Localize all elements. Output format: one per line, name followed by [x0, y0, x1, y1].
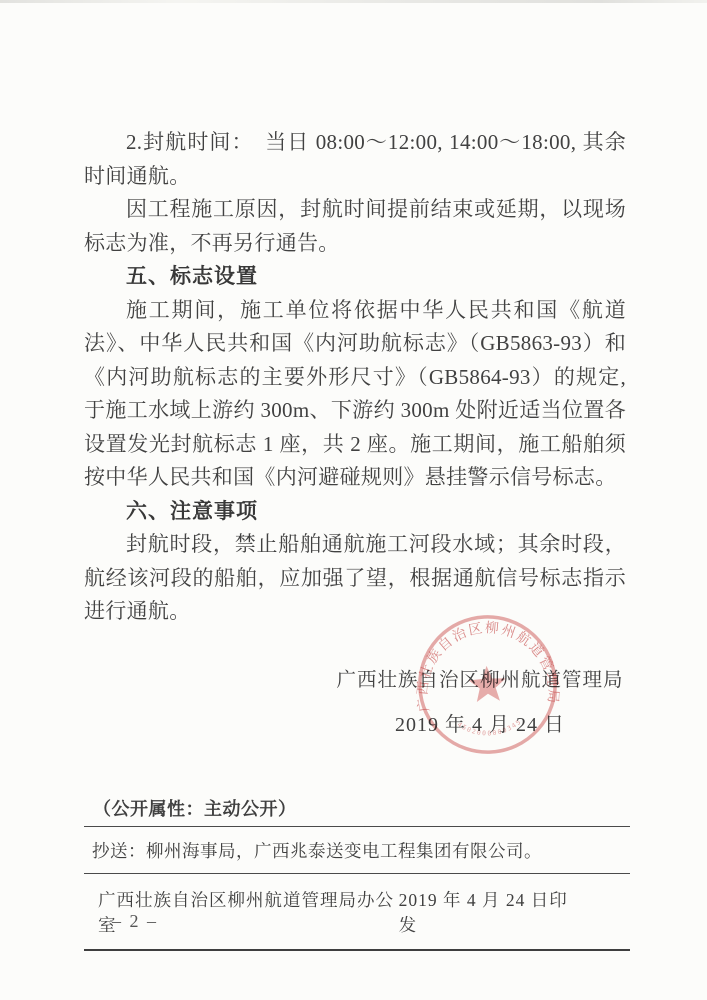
- cc-distribution-line: 抄送：柳州海事局，广西兆泰送变电工程集团有限公司。: [84, 838, 630, 863]
- document-body: 2.封航时间： 当日 08:00～12:00, 14:00～18:00, 其余时…: [84, 126, 626, 629]
- signature-date: 2019 年 4 月 24 日: [335, 708, 625, 737]
- heading-section-5-marks: 五、标志设置: [84, 260, 626, 294]
- paragraph-marks-setup: 施工期间，施工单位将依据中华人民共和国《航道法》、中华人民共和国《内河助航标志》…: [84, 294, 626, 495]
- paragraph-closure-time: 2.封航时间： 当日 08:00～12:00, 14:00～18:00, 其余时…: [84, 126, 626, 193]
- footer-divider-top: [84, 826, 630, 827]
- document-footer: （公开属性：主动公开） 抄送：柳州海事局，广西兆泰送变电工程集团有限公司。 广西…: [84, 795, 630, 951]
- paragraph-early-end-note: 因工程施工原因，封航时间提前结束或延期，以现场标志为准，不再另行通告。: [84, 193, 626, 260]
- footer-divider-middle: [84, 873, 630, 874]
- document-page: 2.封航时间： 当日 08:00～12:00, 14:00～18:00, 其余时…: [0, 0, 707, 1000]
- paragraph-notes: 封航时段，禁止船舶通航施工河段水域；其余时段，航经该河段的船舶，应加强了望，根据…: [84, 528, 626, 629]
- issuing-office-row: 广西壮族自治区柳州航道管理局办公室 2019 年 4 月 24 日印发: [84, 887, 630, 937]
- print-date: 2019 年 4 月 24 日印发: [399, 887, 578, 937]
- page-number: – 2 –: [112, 911, 158, 932]
- footer-divider-bottom: [84, 949, 630, 951]
- signature-block: 广西壮族自治区柳州航道管理局 2019 年 4 月 24 日: [335, 668, 625, 737]
- disclosure-attribute-note: （公开属性：主动公开）: [84, 795, 630, 821]
- scan-artifact-top-edge: [0, 0, 707, 3]
- heading-section-6-notes: 六、注意事项: [84, 495, 626, 529]
- signature-organization: 广西壮族自治区柳州航道管理局: [335, 668, 625, 694]
